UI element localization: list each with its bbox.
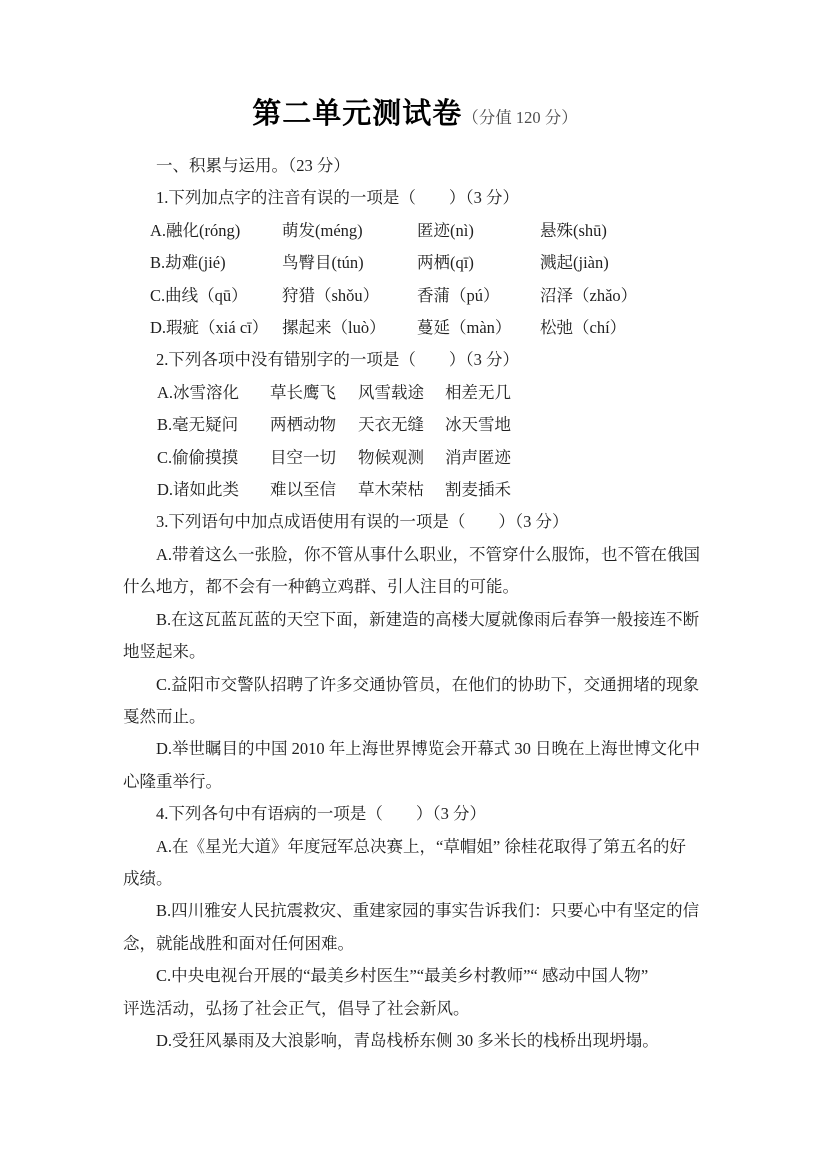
q2-b-cell-4: 冰天雪地 bbox=[445, 409, 707, 441]
q2-c-cell-3: 物候观测 bbox=[358, 442, 445, 474]
q2-a-cell-3: 风雪载途 bbox=[358, 377, 445, 409]
q3-option-a: A.带着这么一张脸，你不管从事什么职业，不管穿什么服饰，也不管在俄国 什么地方，… bbox=[123, 539, 707, 604]
q2-c-cell-1: C.偷偷摸摸 bbox=[157, 442, 270, 474]
page-title: 第二单元测试卷（分值 120 分） bbox=[123, 96, 707, 135]
q2-option-row-c: C.偷偷摸摸 目空一切 物候观测 消声匿迹 bbox=[123, 442, 707, 474]
q2-d-cell-2: 难以至信 bbox=[270, 474, 358, 506]
section-heading: 一、积累与运用。（23 分） bbox=[123, 150, 707, 182]
q1-c-cell-4: 沼泽（zhǎo） bbox=[540, 280, 707, 312]
q3-option-d: D.举世瞩目的中国 2010 年上海世界博览会开幕式 30 日晚在上海世博文化中… bbox=[123, 733, 707, 798]
q2-b-cell-3: 天衣无缝 bbox=[358, 409, 445, 441]
q1-a-cell-3: 匿迹(nì) bbox=[417, 215, 540, 247]
q2-option-row-a: A.冰雪溶化 草长鹰飞 风雪载途 相差无几 bbox=[123, 377, 707, 409]
q1-c-cell-3: 香蒲（pú） bbox=[417, 280, 540, 312]
q3-option-c: C.益阳市交警队招聘了许多交通协管员，在他们的协助下，交通拥堵的现象 戛然而止。 bbox=[123, 669, 707, 734]
paper-content: 第二单元测试卷（分值 120 分） 一、积累与运用。（23 分） 1.下列加点字… bbox=[123, 0, 707, 1057]
q2-d-cell-4: 割麦插禾 bbox=[445, 474, 707, 506]
q1-option-row-a: A.融化(róng) 萌发(méng) 匿迹(nì) 悬殊(shū) bbox=[123, 215, 707, 247]
q2-c-cell-2: 目空一切 bbox=[270, 442, 358, 474]
q4-option-d: D.受狂风暴雨及大浪影响，青岛栈桥东侧 30 多米长的栈桥出现坍塌。 bbox=[123, 1025, 707, 1057]
q2-option-row-d: D.诸如此类 难以至信 草木荣枯 割麦插禾 bbox=[123, 474, 707, 506]
q1-stem: 1.下列加点字的注音有误的一项是（ ）（3 分） bbox=[123, 182, 707, 214]
q2-stem: 2.下列各项中没有错别字的一项是（ ）（3 分） bbox=[123, 344, 707, 376]
q1-a-cell-4: 悬殊(shū) bbox=[540, 215, 707, 247]
q1-a-cell-1: A.融化(róng) bbox=[150, 215, 282, 247]
q2-c-cell-4: 消声匿迹 bbox=[445, 442, 707, 474]
q1-b-cell-2: 鸟臀目(tún) bbox=[282, 247, 417, 279]
q2-a-cell-1: A.冰雪溶化 bbox=[157, 377, 270, 409]
q1-c-cell-1: C.曲线（qū） bbox=[150, 280, 282, 312]
q1-d-cell-4: 松弛（chí） bbox=[540, 312, 707, 344]
q1-d-cell-1: D.瑕疵（xiá cī） bbox=[150, 312, 282, 344]
title-text: 第二单元测试卷 bbox=[252, 98, 462, 130]
q4-option-a: A.在《星光大道》年度冠军总决赛上，“草帽姐” 徐桂花取得了第五名的好 成绩。 bbox=[123, 831, 707, 896]
q2-d-cell-3: 草木荣枯 bbox=[358, 474, 445, 506]
q2-a-cell-2: 草长鹰飞 bbox=[270, 377, 358, 409]
q2-d-cell-1: D.诸如此类 bbox=[157, 474, 270, 506]
q1-b-cell-4: 溅起(jiàn) bbox=[540, 247, 707, 279]
q1-d-cell-3: 蔓延（màn） bbox=[417, 312, 540, 344]
q4-stem: 4.下列各句中有语病的一项是（ ）（3 分） bbox=[123, 798, 707, 830]
q1-option-row-d: D.瑕疵（xiá cī） 摞起来（luò） 蔓延（màn） 松弛（chí） bbox=[123, 312, 707, 344]
q3-option-b: B.在这瓦蓝瓦蓝的天空下面，新建造的高楼大厦就像雨后春笋一般接连不断 地竖起来。 bbox=[123, 604, 707, 669]
q1-c-cell-2: 狩猎（shǒu） bbox=[282, 280, 417, 312]
q2-a-cell-4: 相差无几 bbox=[445, 377, 707, 409]
test-paper-page: 第二单元测试卷（分值 120 分） 一、积累与运用。（23 分） 1.下列加点字… bbox=[0, 0, 827, 1169]
q1-a-cell-2: 萌发(méng) bbox=[282, 215, 417, 247]
q1-option-row-b: B.劫难(jié) 鸟臀目(tún) 两栖(qī) 溅起(jiàn) bbox=[123, 247, 707, 279]
q2-option-row-b: B.毫无疑问 两栖动物 天衣无缝 冰天雪地 bbox=[123, 409, 707, 441]
q1-option-row-c: C.曲线（qū） 狩猎（shǒu） 香蒲（pú） 沼泽（zhǎo） bbox=[123, 280, 707, 312]
q1-b-cell-1: B.劫难(jié) bbox=[150, 247, 282, 279]
q4-option-b: B.四川雅安人民抗震救灾、重建家园的事实告诉我们：只要心中有坚定的信 念，就能战… bbox=[123, 895, 707, 960]
q4-option-c: C.中央电视台开展的“最美乡村医生”“最美乡村教师”“ 感动中国人物” 评选活动… bbox=[123, 960, 707, 1025]
q2-b-cell-2: 两栖动物 bbox=[270, 409, 358, 441]
q1-b-cell-3: 两栖(qī) bbox=[417, 247, 540, 279]
q3-stem: 3.下列语句中加点成语使用有误的一项是（ ）（3 分） bbox=[123, 506, 707, 538]
q2-b-cell-1: B.毫无疑问 bbox=[157, 409, 270, 441]
q1-d-cell-2: 摞起来（luò） bbox=[282, 312, 417, 344]
title-score-note: （分值 120 分） bbox=[462, 108, 578, 127]
